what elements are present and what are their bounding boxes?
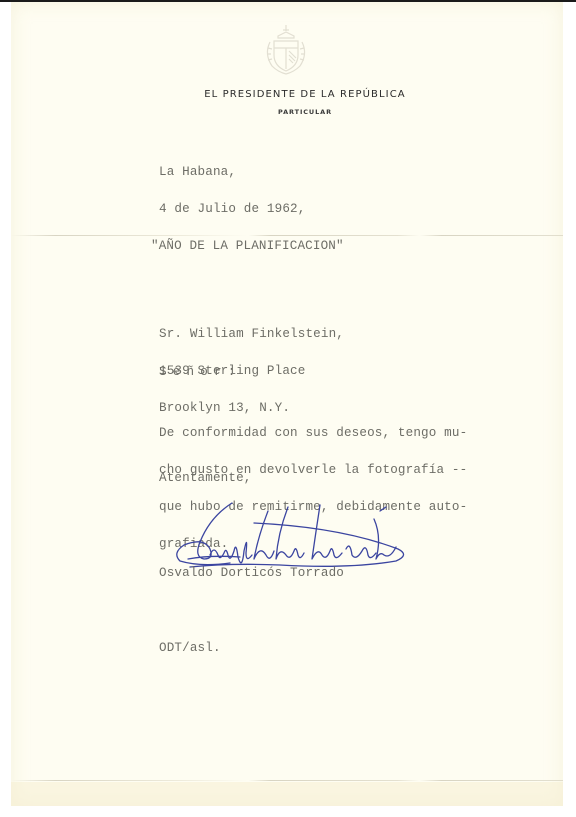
date: 4 de Julio de 1962, bbox=[159, 203, 344, 215]
recipient-name: Sr. William Finkelstein, bbox=[159, 328, 344, 340]
letterhead-title: EL PRESIDENTE DE LA REPÚBLICA bbox=[0, 89, 576, 100]
letterhead-subtitle: PARTICULAR bbox=[0, 108, 576, 116]
coat-of-arms-icon bbox=[256, 22, 316, 82]
paper-bottom-edge bbox=[11, 782, 563, 806]
place: La Habana, bbox=[159, 166, 344, 178]
salutation: Señor: bbox=[159, 366, 242, 378]
fold-crease bbox=[11, 780, 563, 781]
year-motto: "AÑO DE LA PLANIFICACION" bbox=[151, 240, 344, 252]
place-and-date: La Habana, 4 de Julio de 1962, "AÑO DE L… bbox=[159, 141, 344, 265]
handwritten-signature-icon bbox=[170, 497, 420, 577]
signer-name: Osvaldo Dorticós Torrado bbox=[159, 567, 344, 579]
body-line: De conformidad con sus deseos, tengo mu- bbox=[159, 427, 467, 439]
closing: Atentamente, bbox=[159, 472, 252, 484]
reference-initials: ODT/asl. bbox=[159, 642, 221, 654]
